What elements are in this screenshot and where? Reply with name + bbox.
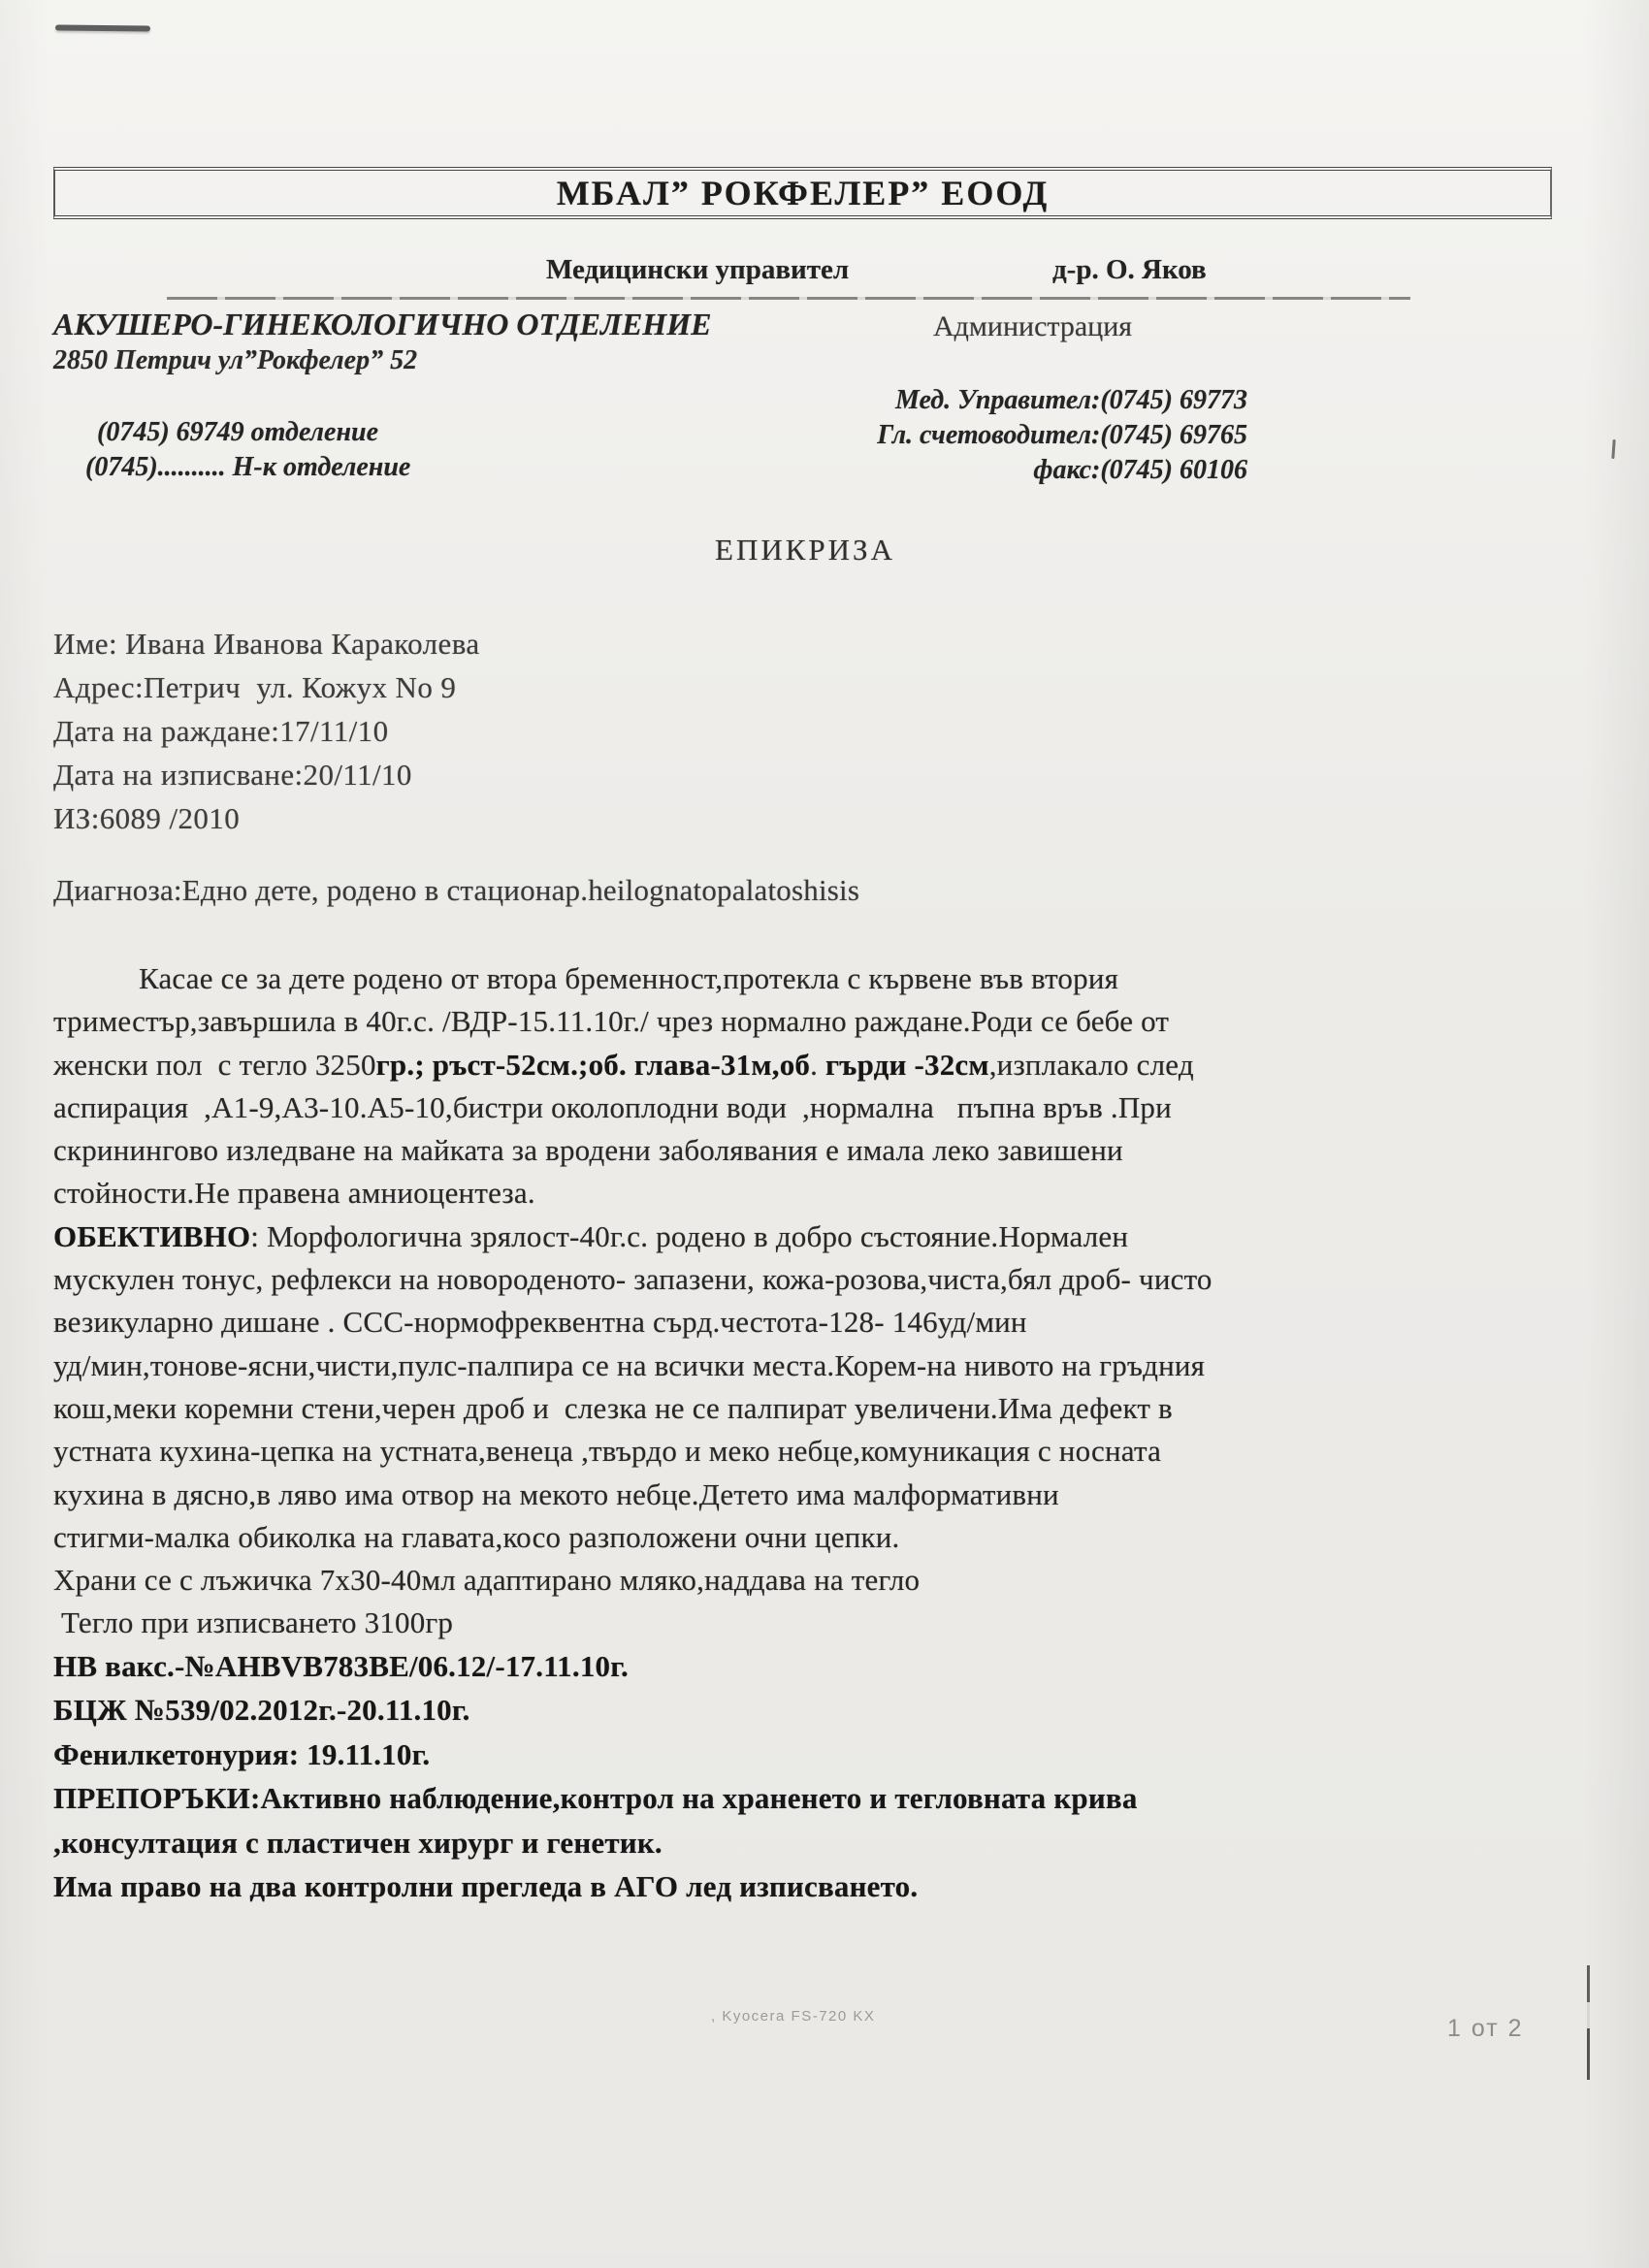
body-text-segment: Тегло при изписването 3100гр [53, 1605, 453, 1639]
body-text-segment: скринингово изледване на майката за врод… [53, 1133, 1123, 1167]
phone-line: (0745).......... Н-к отделение [85, 450, 410, 485]
body-text-segment: ОБЕКТИВНО [53, 1219, 250, 1253]
body-line: Има право на два контролни прегледа в АГ… [53, 1869, 1212, 1914]
body-line: уд/мин,тонове-ясни,чисти,пулс-палпира се… [53, 1348, 1212, 1391]
body-text-segment: мускулен тонус, рефлекси на новороденото… [53, 1262, 1212, 1296]
diagnosis-line: Диагноза:Едно дете, родено в стационар.h… [53, 873, 859, 908]
body-text-segment: везикуларно дишане . ССС-нормофреквентна… [53, 1305, 1027, 1339]
body-line: Храни се с лъжичка 7х30-40мл адаптирано … [53, 1563, 1212, 1605]
body-text-segment: ПРЕПОРЪКИ:Активно наблюдение,контрол на … [53, 1781, 1138, 1815]
body-text-segment: Касае се за дете родено от втора бременн… [139, 961, 1118, 995]
body-text-segment: кош,меки коремни стени,черен дроб и слез… [53, 1391, 1173, 1425]
scanned-epicrisis-page: МБАЛ” РОКФЕЛЕР” ЕООД Медицински управите… [0, 0, 1649, 2268]
contacts-right-block: Мед. Управител:(0745) 69773Гл. счетоводи… [679, 383, 1247, 488]
medical-manager-name: д-р. О. Яков [1052, 254, 1207, 286]
body-line: Фенилкетонурия: 19.11.10г. [53, 1737, 1212, 1782]
scan-artifact-edge-line [1587, 1965, 1590, 2080]
hospital-title-box: МБАЛ” РОКФЕЛЕР” ЕООД [53, 167, 1552, 219]
body-line: стигми-малка обиколка на главата,косо ра… [53, 1520, 1212, 1563]
epicrisis-body: Касае се за дете родено от втора бременн… [53, 961, 1212, 1914]
body-text-segment: аспирация ,А1-9,А3-10.А5-10,бистри около… [53, 1090, 1172, 1124]
body-line: кухина в дясно,в ляво има отвор на мекот… [53, 1477, 1212, 1520]
patient-info-block: Име: Ивана Иванова КараколеваАдрес:Петри… [53, 622, 480, 840]
body-text-segment: . [810, 1048, 825, 1082]
body-text-segment: ,изплакало след [989, 1048, 1194, 1082]
page-number: 1 от 2 [1447, 2015, 1524, 2043]
document-heading: ЕПИКРИЗА [0, 533, 1610, 567]
body-text-segment: Храни се с лъжичка 7х30-40мл адаптирано … [53, 1563, 920, 1597]
body-text-segment: ,консултация с пластичен хирург и генети… [53, 1826, 663, 1860]
body-text-segment: стойности.Не правена амниоцентеза. [53, 1176, 535, 1210]
body-line: НВ вакс.-№АНВVВ783ВЕ/06.12/-17.11.10г. [53, 1649, 1212, 1694]
body-line: аспирация ,А1-9,А3-10.А5-10,бистри около… [53, 1090, 1212, 1133]
patient-info-line: ИЗ:6089 /2010 [53, 796, 480, 840]
body-text-segment: БЦЖ №539/02.2012г.-20.11.10г. [53, 1693, 470, 1727]
body-line: мускулен тонус, рефлекси на новороденото… [53, 1262, 1212, 1305]
medical-manager-label: Медицински управител [546, 254, 849, 286]
body-text-segment: Фенилкетонурия: 19.11.10г. [53, 1737, 430, 1771]
body-text-segment: триместър,завършила в 40г.с. /ВДР-15.11.… [53, 1004, 1169, 1038]
hospital-title: МБАЛ” РОКФЕЛЕР” ЕООД [557, 173, 1050, 213]
body-text-segment: гърди -32см [825, 1048, 989, 1082]
patient-info-line: Дата на изписване:20/11/10 [53, 753, 480, 796]
scan-artifact-edge-mark [1611, 439, 1615, 459]
body-text-segment: стигми-малка обиколка на главата,косо ра… [53, 1520, 899, 1554]
hospital-address: 2850 Петрич ул”Рокфелер” 52 [53, 345, 417, 376]
body-text-segment: устната кухина-цепка на устната,венеца ,… [53, 1434, 1161, 1468]
patient-info-line: Име: Ивана Иванова Караколева [53, 622, 480, 665]
body-text-segment: гр.; ръст-52см.;об. глава-31м,об [376, 1048, 810, 1082]
body-text-segment: женски пол с тегло 3250 [53, 1048, 376, 1082]
body-line: скринингово изледване на майката за врод… [53, 1133, 1212, 1176]
body-line: Касае се за дете родено от втора бременн… [53, 961, 1212, 1004]
body-text-segment: уд/мин,тонове-ясни,чисти,пулс-палпира се… [53, 1348, 1205, 1382]
body-line: триместър,завършила в 40г.с. /ВДР-15.11.… [53, 1004, 1212, 1047]
contact-line: Гл. счетоводител:(0745) 69765 [679, 418, 1247, 453]
body-line: стойности.Не правена амниоцентеза. [53, 1176, 1212, 1218]
scan-artifact-scribble [55, 24, 150, 31]
patient-info-line: Дата на раждане:17/11/10 [53, 709, 480, 753]
body-text-segment: кухина в дясно,в ляво има отвор на мекот… [53, 1477, 1059, 1511]
patient-info-line: Адрес:Петрич ул. Кожух No 9 [53, 665, 480, 709]
body-line: ПРЕПОРЪКИ:Активно наблюдение,контрол на … [53, 1781, 1212, 1826]
header-underline [167, 297, 1410, 300]
body-text-segment: НВ вакс.-№АНВVВ783ВЕ/06.12/-17.11.10г. [53, 1649, 629, 1683]
body-line: кош,меки коремни стени,черен дроб и слез… [53, 1391, 1212, 1434]
body-line: БЦЖ №539/02.2012г.-20.11.10г. [53, 1693, 1212, 1737]
body-line: ОБЕКТИВНО: Морфологична зрялост-40г.с. р… [53, 1219, 1212, 1262]
contact-line: Мед. Управител:(0745) 69773 [679, 383, 1247, 418]
phones-left-block: (0745) 69749 отделение(0745).......... Н… [85, 415, 410, 485]
body-line: Тегло при изписването 3100гр [53, 1605, 1212, 1648]
body-line: везикуларно дишане . ССС-нормофреквентна… [53, 1305, 1212, 1347]
body-line: женски пол с тегло 3250гр.; ръст-52см.;о… [53, 1048, 1212, 1090]
phone-line: (0745) 69749 отделение [85, 415, 410, 450]
administration-label: Администрация [933, 310, 1132, 343]
department-title: АКУШЕРО-ГИНЕКОЛОГИЧНО ОТДЕЛЕНИЕ [53, 307, 711, 342]
body-line: устната кухина-цепка на устната,венеца ,… [53, 1434, 1212, 1476]
printer-label: , Kyocera FS-720 KX [711, 2008, 875, 2025]
body-text-segment: : Морфологична зрялост-40г.с. родено в д… [250, 1219, 1128, 1253]
body-text-segment: Има право на два контролни прегледа в АГ… [53, 1869, 918, 1903]
body-line: ,консултация с пластичен хирург и генети… [53, 1826, 1212, 1870]
contact-line: факс:(0745) 60106 [679, 453, 1247, 488]
